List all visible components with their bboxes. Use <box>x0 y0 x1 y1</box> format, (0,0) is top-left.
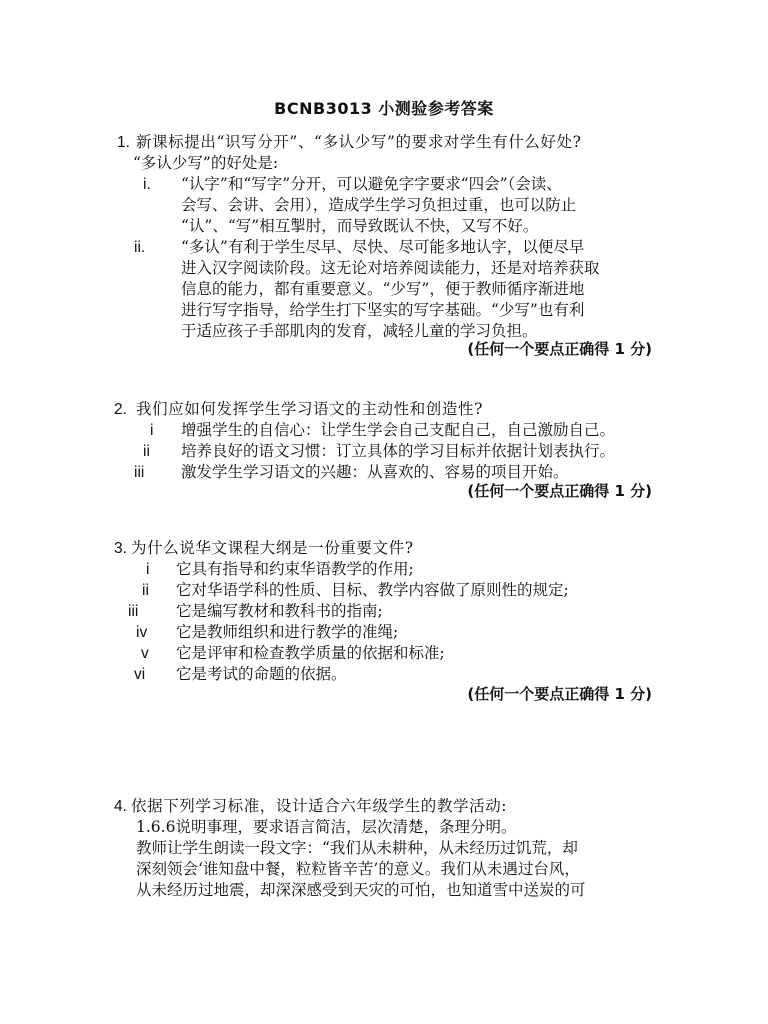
item-marker: iii <box>128 601 138 622</box>
answer-line: 它是评审和检查教学质量的依据和标准; <box>176 643 445 664</box>
question-text: 为什么说华文课程大纲是一份重要文件? <box>131 538 414 559</box>
item-marker: i <box>146 559 149 580</box>
item-marker: iv <box>136 622 147 643</box>
item-marker: ii <box>142 580 149 601</box>
item-marker: i <box>150 420 153 441</box>
activity-line: 从未经历过地震，却深深感受到天灾的可怕，也知道雪中送炭的可 <box>136 880 586 901</box>
question-number: 3. <box>114 538 127 559</box>
question-number: 4. <box>114 796 127 817</box>
activity-line: 深刻领会‘谁知盘中餐，粒粒皆辛苦’的意义。我们从未遇过台风， <box>136 859 580 880</box>
answer-line: 信息的能力，都有重要意义。“少写”，便于教师循序渐进地 <box>181 279 584 300</box>
answer-line: 它具有指导和约束华语教学的作用; <box>176 559 414 580</box>
answer-line: 它是编写教材和教科书的指南; <box>176 601 383 622</box>
answer-line: “认字”和“写字”分开，可以避免字字要求“四会”（会读、 <box>181 174 562 195</box>
question-number: 1. <box>117 132 130 153</box>
answer-line: 会写、会讲、会用），造成学生学习负担过重，也可以防止 <box>181 195 576 216</box>
learning-standard: 1.6.6说明事理，要求语言简洁，层次清楚，条理分明。 <box>136 817 516 838</box>
score-note: (任何一个要点正确得 1 分) <box>467 481 652 502</box>
item-marker: iii <box>134 462 144 483</box>
question-text: 我们应如何发挥学生学习语文的主动性和创造性? <box>136 399 483 420</box>
item-marker: v <box>141 643 149 664</box>
item-marker: vi <box>134 664 145 685</box>
answer-line: “多认”有利于学生尽早、尽快、尽可能多地认字，以便尽早 <box>181 237 584 258</box>
question-text: 依据下列学习标准，设计适合六年级学生的教学活动: <box>131 796 507 817</box>
answer-line: 培养良好的语文习惯：订立具体的学习目标并依据计划表执行。 <box>181 441 615 462</box>
activity-line: 教师让学生朗读一段文字：“我们从未耕种，从未经历过饥荒，却 <box>136 838 578 859</box>
answer-line: 它是考试的命题的依据。 <box>176 664 347 685</box>
answer-line: 进入汉字阅读阶段。这无论对培养阅读能力，还是对培养获取 <box>181 258 600 279</box>
answer-line: 进行写字指导，给学生打下坚实的写字基础。“少写”也有利 <box>181 300 584 321</box>
item-marker: ii. <box>134 237 145 258</box>
answer-line: 它是教师组织和进行教学的准绳; <box>176 622 398 643</box>
item-marker: i. <box>143 174 151 195</box>
score-note: (任何一个要点正确得 1 分) <box>467 339 652 360</box>
question-number: 2. <box>114 399 127 420</box>
question-text: 新课标提出“识写分开”、“多认少写”的要求对学生有什么好处? <box>136 132 582 153</box>
score-note: (任何一个要点正确得 1 分) <box>467 684 652 705</box>
item-marker: ii <box>143 441 150 462</box>
answer-intro: “多认少写”的好处是: <box>133 153 278 174</box>
page-title: BCNB3013 小测验参考答案 <box>0 96 768 119</box>
answer-line: 增强学生的自信心：让学生学会自己支配自己，自己激励自己。 <box>181 420 615 441</box>
answer-line: “认”、“写”相互掣肘，而导致既认不快，又写不好。 <box>181 216 538 237</box>
answer-line: 它对华语学科的性质、目标、教学内容做了原则性的规定; <box>176 580 569 601</box>
answer-line: 激发学生学习语文的兴趣：从喜欢的、容易的项目开始。 <box>181 462 569 483</box>
